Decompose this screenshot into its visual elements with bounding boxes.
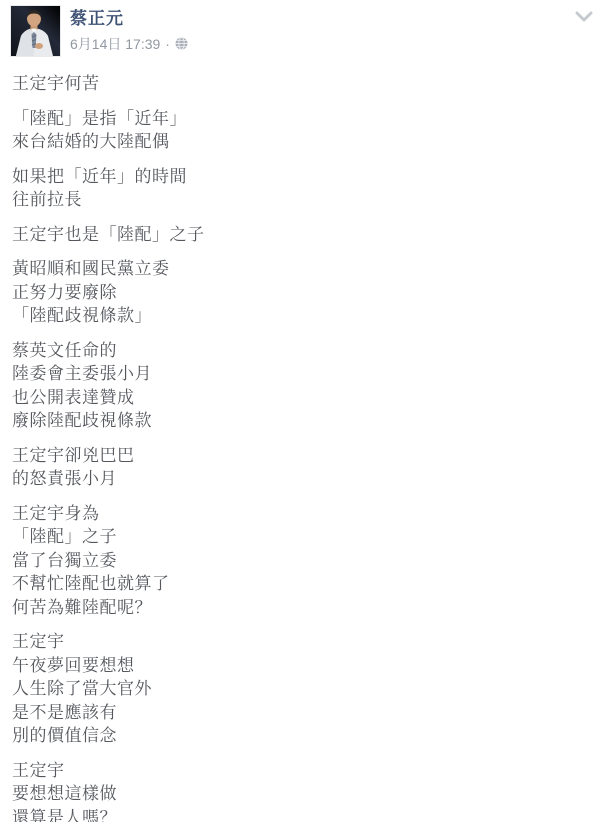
- post-meta: 6月14日 17:39 ·: [70, 34, 188, 54]
- post-line: 午夜夢回要想想: [12, 654, 600, 678]
- post-line: 王定宇: [12, 630, 600, 654]
- post-body: 王定宇何苦 「陸配」是指「近年」 來台結婚的大陸配偶 如果把「近年」的時間 往前…: [0, 72, 600, 822]
- post-paragraph: 王定宇身為 「陸配」之子 當了台獨立委 不幫忙陸配也就算了 何苦為難陸配呢？: [12, 502, 600, 620]
- post-line: 別的價值信念: [12, 724, 600, 748]
- globe-icon: [175, 37, 188, 53]
- post-line: 還算是人嗎？: [12, 806, 600, 822]
- post-line: 陸委會主委張小月: [12, 362, 600, 386]
- post-line: 王定宇身為: [12, 502, 600, 526]
- meta-separator: ·: [165, 36, 170, 52]
- post-line: 「陸配歧視條款」: [12, 304, 600, 328]
- post-line: 王定宇卻兇巴巴: [12, 444, 600, 468]
- post-line: 廢除陸配歧視條款: [12, 409, 600, 433]
- post-line: 王定宇何苦: [12, 72, 600, 96]
- facebook-post: 蔡正元 6月14日 17:39 ·: [0, 0, 600, 822]
- post-line: 黃昭順和國民黨立委: [12, 257, 600, 281]
- post-line: 是不是應該有: [12, 701, 600, 725]
- header-text: 蔡正元 6月14日 17:39 ·: [70, 5, 188, 54]
- post-line: 蔡英文任命的: [12, 339, 600, 363]
- chevron-down-icon[interactable]: [575, 10, 593, 24]
- post-line: 當了台獨立委: [12, 549, 600, 573]
- author-name-link[interactable]: 蔡正元: [70, 8, 188, 30]
- post-paragraph: 王定宇 要想想這樣做 還算是人嗎？: [12, 759, 600, 822]
- post-line: 如果把「近年」的時間: [12, 165, 600, 189]
- post-line: 人生除了當大官外: [12, 677, 600, 701]
- post-line: 王定宇也是「陸配」之子: [12, 223, 600, 247]
- profile-photo: [11, 6, 60, 56]
- post-header: 蔡正元 6月14日 17:39 ·: [0, 0, 600, 57]
- post-paragraph: 王定宇也是「陸配」之子: [12, 223, 600, 247]
- avatar[interactable]: [10, 5, 61, 57]
- post-line: 何苦為難陸配呢？: [12, 596, 600, 620]
- post-line: 正努力要廢除: [12, 281, 600, 305]
- post-line: 往前拉長: [12, 188, 600, 212]
- post-line: 「陸配」是指「近年」: [12, 107, 600, 131]
- post-paragraph: 如果把「近年」的時間 往前拉長: [12, 165, 600, 212]
- post-line: 來台結婚的大陸配偶: [12, 130, 600, 154]
- post-paragraph: 王定宇卻兇巴巴 的怒責張小月: [12, 444, 600, 491]
- post-line: 「陸配」之子: [12, 525, 600, 549]
- post-timestamp[interactable]: 6月14日 17:39: [70, 34, 160, 54]
- post-paragraph: 蔡英文任命的 陸委會主委張小月 也公開表達贊成 廢除陸配歧視條款: [12, 339, 600, 433]
- post-paragraph: 王定宇 午夜夢回要想想 人生除了當大官外 是不是應該有 別的價值信念: [12, 630, 600, 748]
- post-line: 的怒責張小月: [12, 467, 600, 491]
- post-paragraph: 「陸配」是指「近年」 來台結婚的大陸配偶: [12, 107, 600, 154]
- post-paragraph: 王定宇何苦: [12, 72, 600, 96]
- post-line: 也公開表達贊成: [12, 386, 600, 410]
- post-paragraph: 黃昭順和國民黨立委 正努力要廢除 「陸配歧視條款」: [12, 257, 600, 328]
- post-line: 要想想這樣做: [12, 782, 600, 806]
- post-line: 王定宇: [12, 759, 600, 783]
- post-line: 不幫忙陸配也就算了: [12, 572, 600, 596]
